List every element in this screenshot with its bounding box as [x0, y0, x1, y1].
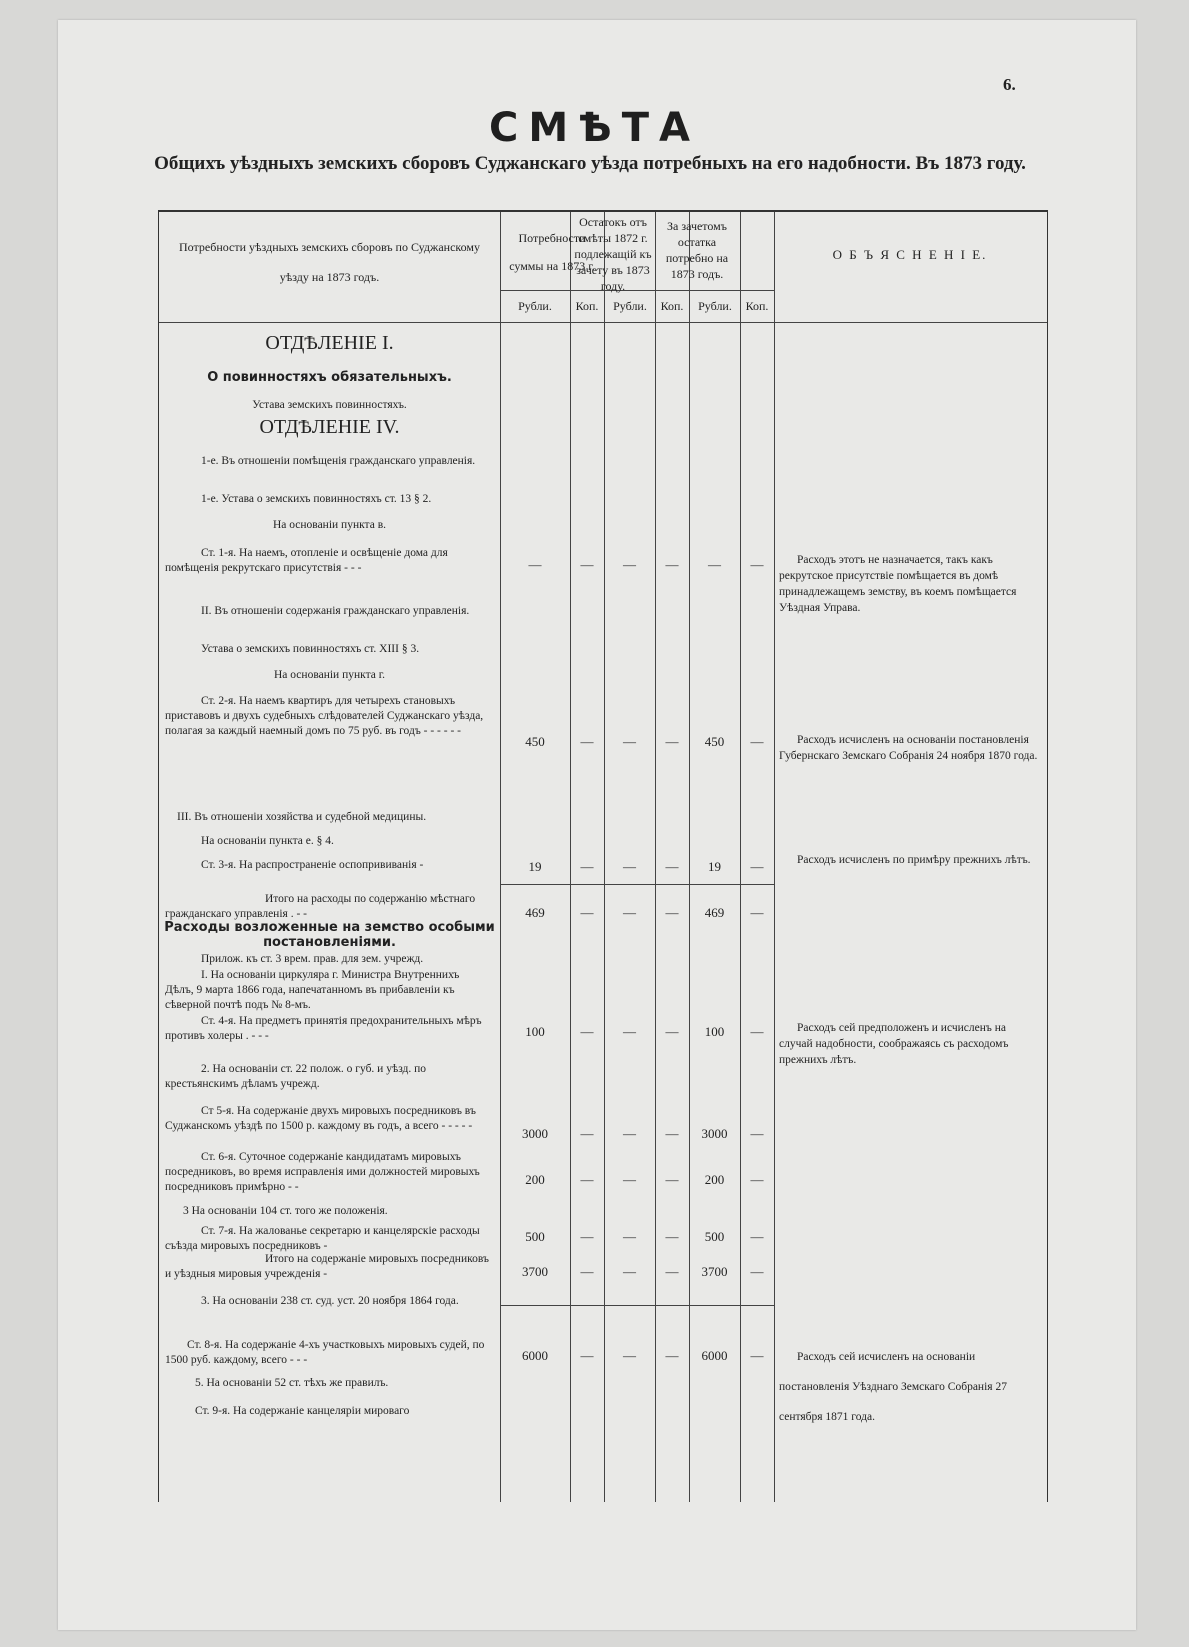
cell-rem-rub: — — [604, 1126, 655, 1142]
cell-net-rub: 3700 — [689, 1264, 740, 1280]
header-net: За зачетомъ остатка потребно на 1873 год… — [657, 218, 737, 282]
text-line: 3. На основаніи 238 ст. суд. уст. 20 ноя… — [165, 1294, 490, 1309]
text-line: На основаніи пункта е. § 4. — [201, 834, 496, 849]
cell-need-kop: — — [570, 1024, 604, 1040]
item-st3: Ст. 3-я. На распространеніе оспопрививан… — [201, 858, 496, 873]
item-st4: Ст. 4-я. На предметъ принятія предохрани… — [165, 1014, 490, 1044]
explanation-st2: Расходъ исчисленъ на основаніи постановл… — [779, 732, 1041, 764]
cell-net-kop: — — [740, 1229, 774, 1245]
col-divider — [740, 212, 741, 1502]
cell-net-rub: 3000 — [689, 1126, 740, 1142]
item-st6: Ст. 6-я. Суточное содержаніе кандидатамъ… — [165, 1150, 490, 1195]
item-st8: Ст. 8-я. На содержаніе 4-хъ участковыхъ … — [165, 1338, 490, 1368]
cell-need-kop: — — [570, 1348, 604, 1364]
cell-rem-kop: — — [655, 859, 689, 875]
cell-net-kop: — — [740, 1172, 774, 1188]
cell-rem-rub: — — [604, 734, 655, 750]
subtotal-label: Итого на расходы по содержанію мѣстнаго … — [165, 892, 490, 922]
cell-rem-kop: — — [655, 1172, 689, 1188]
explanation-st1: Расходъ этотъ не назначается, такъ какъ … — [779, 552, 1041, 616]
cell-net-kop: — — [740, 1024, 774, 1040]
cell-need-kop: — — [570, 1264, 604, 1280]
item-st1: Ст. 1-я. На наемъ, отопленіе и освѣщеніе… — [165, 546, 490, 576]
text-line: II. Въ отношеніи содержанія гражданскаго… — [165, 604, 490, 619]
cell-need-rub: 100 — [500, 1024, 570, 1040]
cell-need-kop: — — [570, 1126, 604, 1142]
cell-net-kop: — — [740, 1126, 774, 1142]
document-title: СМѢТА — [0, 105, 1189, 151]
text-line: Устава о земскихъ повинностяхъ ст. XIII … — [165, 642, 490, 657]
header-remainder: Остатокъ отъ смѣты 1872 г. подлежащій къ… — [573, 214, 653, 294]
text-line: 2. На основаніи ст. 22 полож. о губ. и у… — [165, 1062, 490, 1092]
cell-net-rub: — — [689, 557, 740, 573]
sub-kop: Коп. — [656, 298, 688, 314]
cell-rem-rub: — — [604, 859, 655, 875]
cell-rem-rub: — — [604, 557, 655, 573]
explanation-st3: Расходъ исчисленъ по примѣру прежнихъ лѣ… — [779, 852, 1041, 868]
text-line: 1-е. Въ отношеніи помѣщенія гражданскаго… — [165, 454, 490, 469]
text-line: На основаніи пункта в. — [159, 518, 500, 533]
text-line: На основаніи пункта г. — [159, 668, 500, 683]
item-st9: Ст. 9-я. На содержаніе канцеляріи мирова… — [195, 1404, 495, 1419]
cell-net-rub: 500 — [689, 1229, 740, 1245]
section-subheading: Расходы возложенные на земство особыми п… — [163, 920, 496, 950]
budget-table: Потребности уѣздныхъ земскихъ сборовъ по… — [158, 210, 1048, 1502]
cell-net-rub: 469 — [689, 905, 740, 921]
cell-rem-kop: — — [655, 1264, 689, 1280]
text-line: Устава земскихъ повинностяхъ. — [159, 398, 500, 413]
cell-rem-rub: — — [604, 1348, 655, 1364]
cell-net-rub: 6000 — [689, 1348, 740, 1364]
header-description: Потребности уѣздныхъ земскихъ сборовъ по… — [167, 232, 492, 292]
col-divider — [570, 212, 571, 1502]
cell-net-kop: — — [740, 859, 774, 875]
cell-need-rub: 450 — [500, 734, 570, 750]
cell-rem-kop: — — [655, 1126, 689, 1142]
text-line: Прилож. къ ст. 3 врем. прав. для зем. уч… — [165, 952, 490, 967]
text-line: III. Въ отношеніи хозяйства и судебной м… — [177, 810, 497, 825]
cell-net-kop: — — [740, 557, 774, 573]
cell-rem-rub: — — [604, 1172, 655, 1188]
cell-need-rub: 469 — [500, 905, 570, 921]
header-explanation: О Б Ъ Я С Н Е Н І Е. — [779, 247, 1041, 263]
cell-need-kop: — — [570, 1229, 604, 1245]
text-line: 1-е. Устава о земскихъ повинностяхъ ст. … — [165, 492, 490, 507]
cell-need-kop: — — [570, 1172, 604, 1188]
total-line — [500, 884, 774, 885]
item-st2: Ст. 2-я. На наемъ квартиръ для четырехъ … — [165, 694, 490, 739]
item-st5: Ст 5-я. На содержаніе двухъ мировыхъ пос… — [165, 1104, 490, 1134]
cell-rem-rub: — — [604, 1229, 655, 1245]
cell-need-rub: 500 — [500, 1229, 570, 1245]
cell-need-rub: 3700 — [500, 1264, 570, 1280]
cell-need-kop: — — [570, 859, 604, 875]
cell-net-rub: 450 — [689, 734, 740, 750]
total-line — [500, 1305, 774, 1306]
cell-rem-kop: — — [655, 734, 689, 750]
cell-rem-rub: — — [604, 1264, 655, 1280]
item-st7: Ст. 7-я. На жалованье секретарю и канцел… — [165, 1224, 490, 1254]
page-number: 6. — [1003, 75, 1016, 95]
sub-kop: Коп. — [571, 298, 603, 314]
cell-rem-kop: — — [655, 1348, 689, 1364]
cell-need-kop: — — [570, 557, 604, 573]
cell-need-kop: — — [570, 905, 604, 921]
cell-need-rub: 19 — [500, 859, 570, 875]
col-divider — [604, 212, 605, 1502]
cell-net-rub: 200 — [689, 1172, 740, 1188]
explanation-st4: Расходъ сей предположенъ и исчисленъ на … — [779, 1020, 1041, 1068]
explanation-st8: Расходъ сей исчисленъ на основаніи поста… — [779, 1342, 1041, 1432]
cell-need-rub: — — [500, 557, 570, 573]
section-heading: ОТДѢЛЕНІЕ I. — [159, 336, 500, 351]
sub-rub: Рубли. — [502, 298, 568, 314]
sub-rub: Рубли. — [690, 298, 740, 314]
cell-rem-kop: — — [655, 1024, 689, 1040]
cell-rem-rub: — — [604, 1024, 655, 1040]
cell-rem-rub: — — [604, 905, 655, 921]
text-line: 5. На основаніи 52 ст. тѣхъ же правилъ. — [195, 1376, 495, 1391]
text-line: I. На основаніи циркуляра г. Министра Вн… — [165, 968, 490, 1013]
section-subheading: О повинностяхъ обязательныхъ. — [159, 370, 500, 385]
cell-net-kop: — — [740, 1348, 774, 1364]
sub-rub: Рубли. — [605, 298, 655, 314]
subtotal-label: Итого на содержаніе мировыхъ посредников… — [165, 1252, 490, 1282]
document-subtitle: Общихъ уѣздныхъ земскихъ сборовъ Суджанс… — [150, 153, 1030, 174]
col-divider — [774, 212, 775, 1502]
text-line: 3 На основаніи 104 ст. того же положенія… — [183, 1204, 493, 1219]
sub-kop: Коп. — [741, 298, 773, 314]
cell-net-rub: 100 — [689, 1024, 740, 1040]
cell-need-rub: 3000 — [500, 1126, 570, 1142]
cell-need-rub: 6000 — [500, 1348, 570, 1364]
col-divider — [500, 212, 501, 1502]
cell-rem-kop: — — [655, 905, 689, 921]
cell-net-kop: — — [740, 734, 774, 750]
cell-rem-kop: — — [655, 1229, 689, 1245]
cell-net-kop: — — [740, 905, 774, 921]
col-divider — [655, 212, 656, 1502]
section-heading: ОТДѢЛЕНІЕ IV. — [159, 420, 500, 435]
cell-rem-kop: — — [655, 557, 689, 573]
header-bottom-line — [159, 322, 1047, 323]
cell-net-kop: — — [740, 1264, 774, 1280]
cell-need-kop: — — [570, 734, 604, 750]
cell-net-rub: 19 — [689, 859, 740, 875]
cell-need-rub: 200 — [500, 1172, 570, 1188]
col-divider — [689, 212, 690, 1502]
